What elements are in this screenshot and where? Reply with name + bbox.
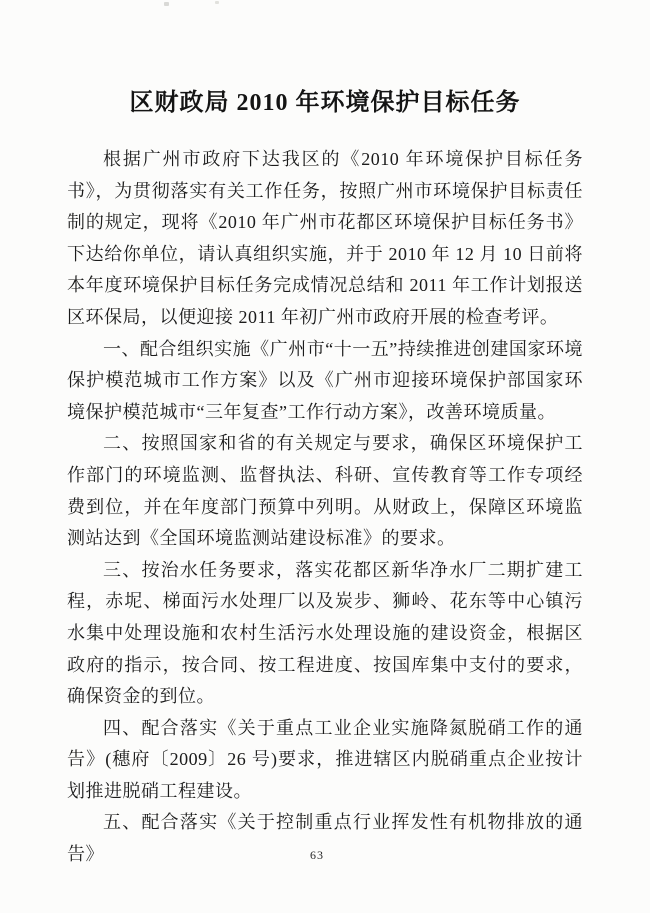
paragraph: 三、按治水任务要求，落实花都区新华净水厂二期扩建工程，赤坭、梯面污水处理厂以及炭…: [67, 555, 583, 713]
document-body: 根据广州市政府下达我区的《2010 年环境保护目标任务书》，为贯彻落实有关工作任…: [67, 144, 583, 871]
scan-artifact-speck: [215, 1, 219, 4]
paragraph: 二、按照国家和省的有关规定与要求，确保区环境保护工作部门的环境监测、监督执法、科…: [67, 428, 583, 554]
scan-artifact-speck: [164, 2, 169, 6]
paragraph: 根据广州市政府下达我区的《2010 年环境保护目标任务书》，为贯彻落实有关工作任…: [67, 144, 583, 334]
paragraph: 四、配合落实《关于重点工业企业实施降氮脱硝工作的通告》(穗府〔2009〕26 号…: [67, 713, 583, 808]
page-number: 63: [0, 848, 634, 863]
paragraph: 一、配合组织实施《广州市“十一五”持续推进创建国家环境保护模范城市工作方案》以及…: [67, 334, 583, 429]
document-title: 区财政局 2010 年环境保护目标任务: [67, 82, 583, 117]
scanned-document-page: 区财政局 2010 年环境保护目标任务 根据广州市政府下达我区的《2010 年环…: [0, 0, 650, 913]
